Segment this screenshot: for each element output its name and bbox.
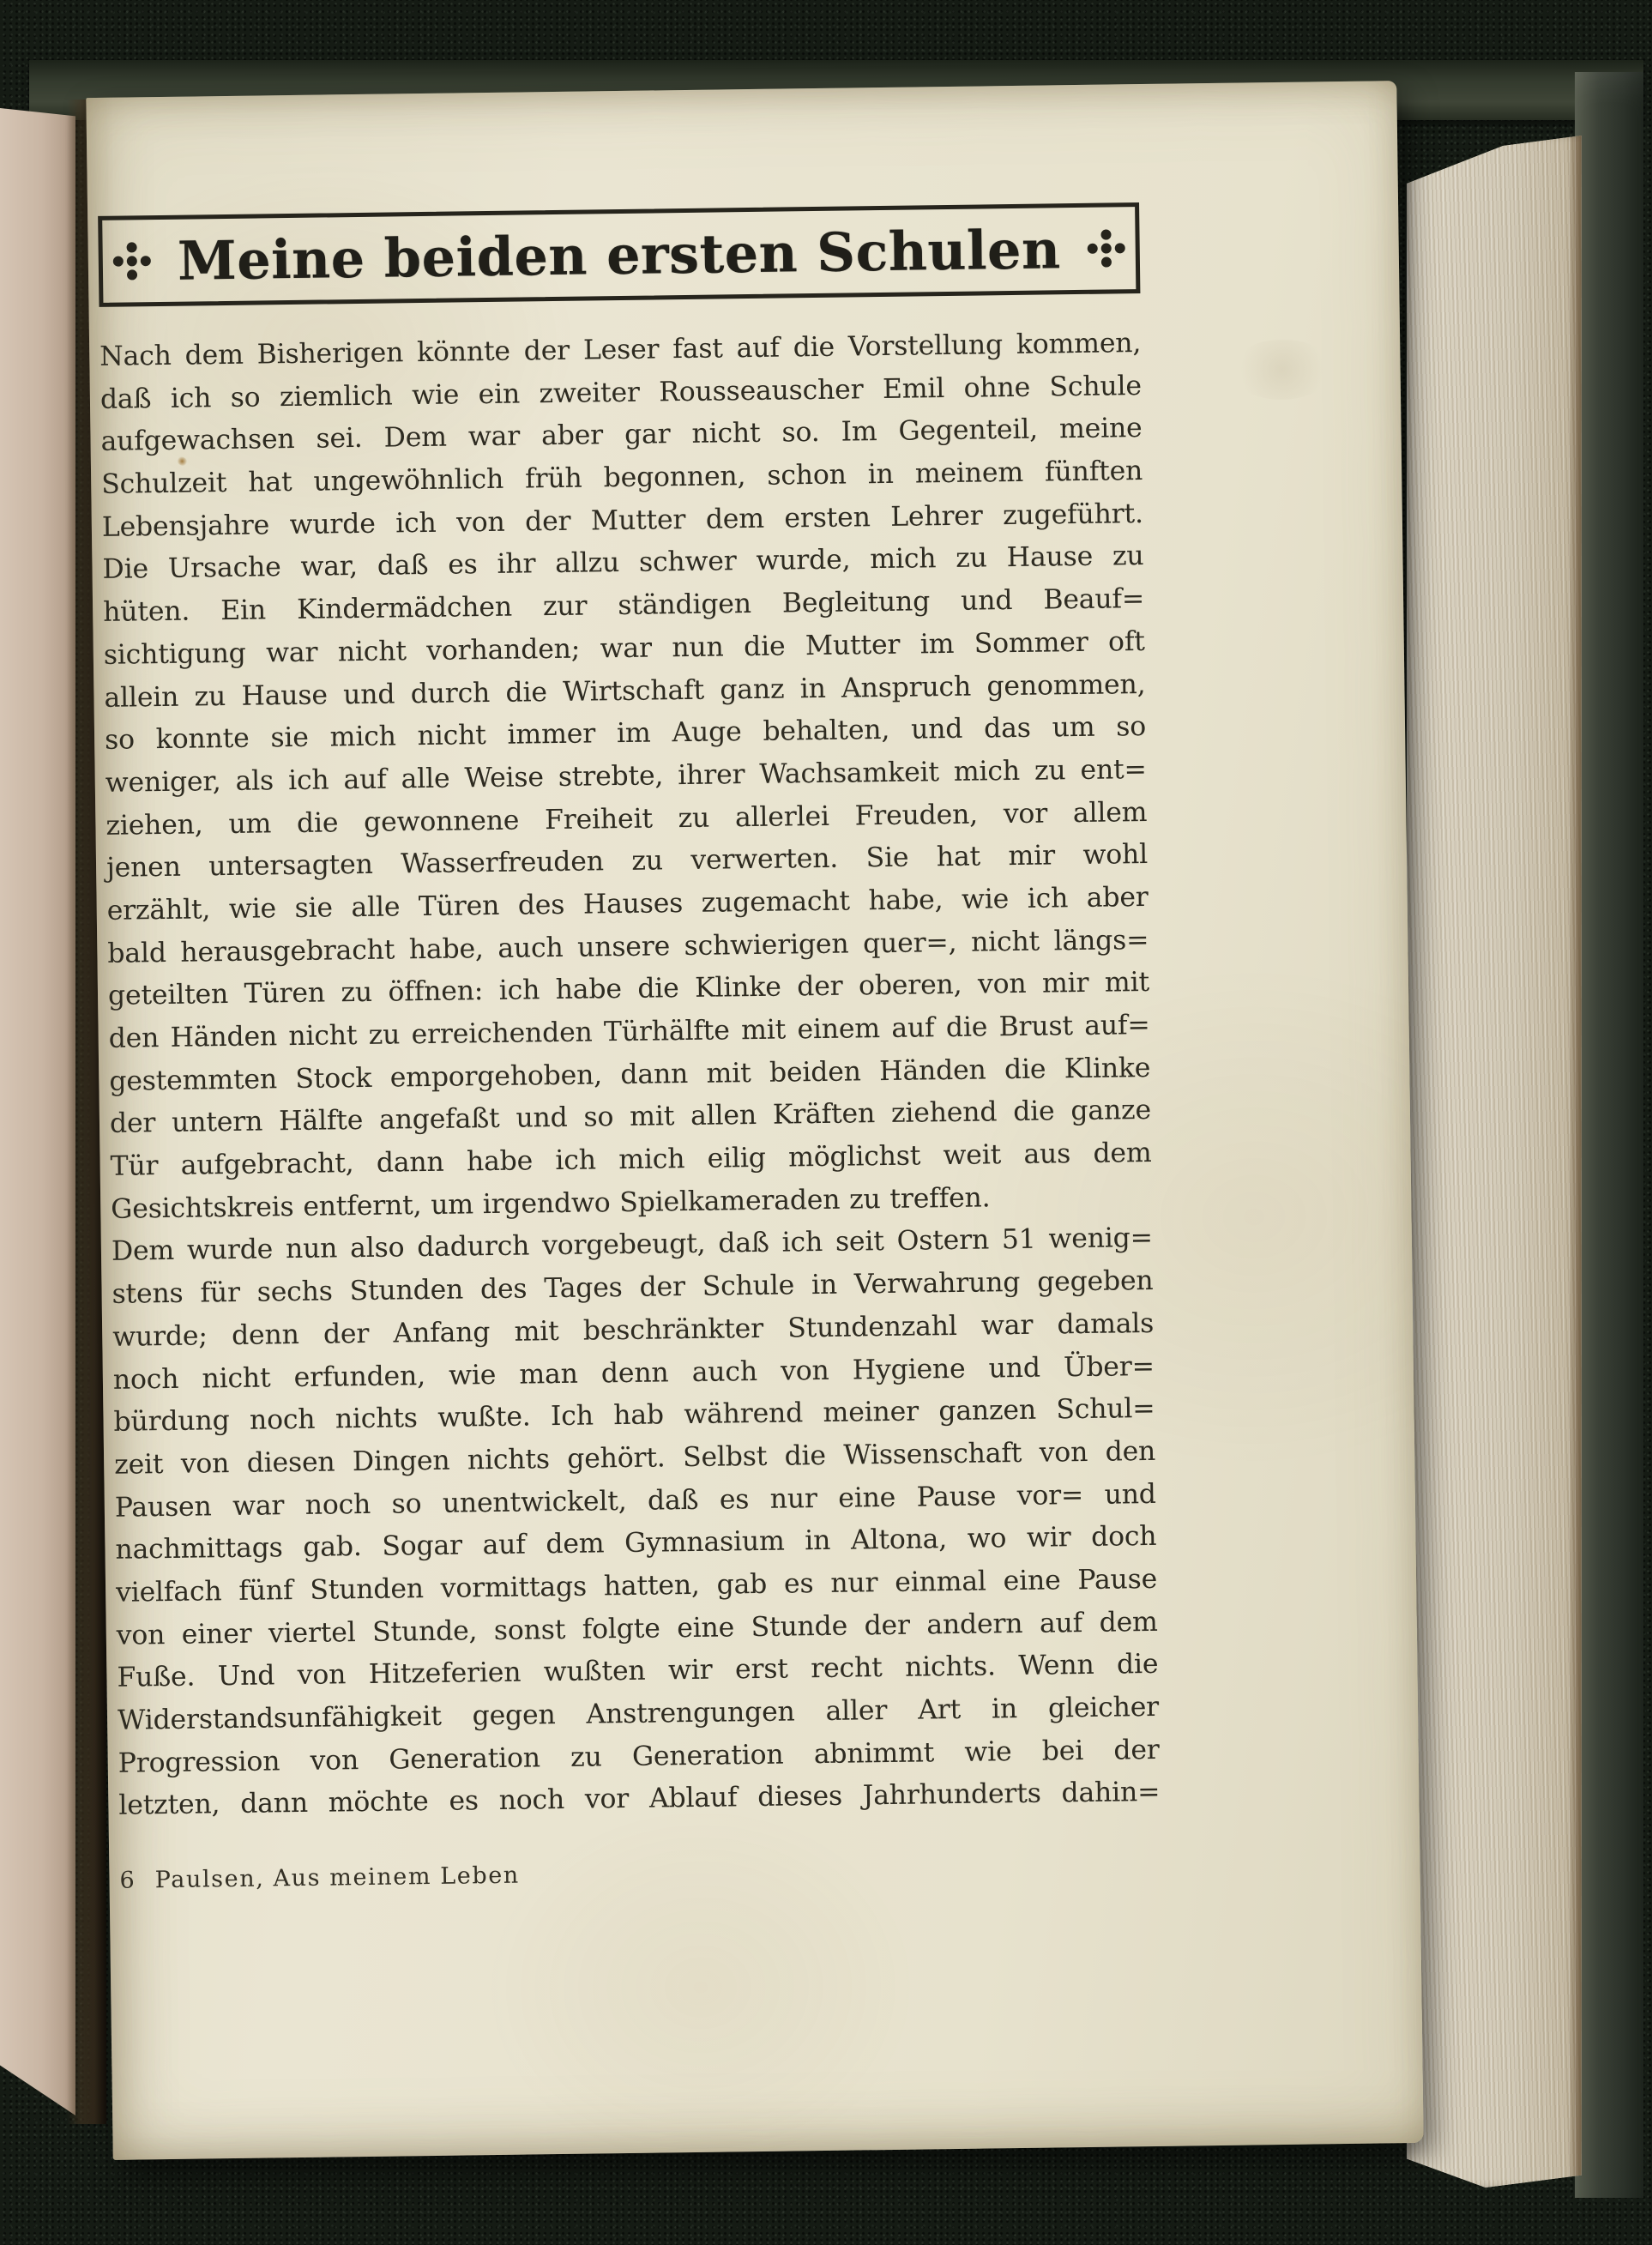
page-content: Meine beiden ersten Schulen Nach dem Bis…	[98, 202, 1161, 1894]
page-footer: 6 Paulsen, Aus meinem Leben	[119, 1854, 1161, 1894]
five-dot-cross-icon	[112, 241, 153, 281]
five-dot-cross-icon	[1086, 228, 1126, 269]
fore-edge-page-stack	[1407, 136, 1582, 2188]
book-cover-edge-right	[1575, 72, 1643, 2198]
signature-number: 6	[119, 1868, 135, 1894]
body-paragraph: Nach dem Bisherigen könnte der Leser fas…	[99, 323, 1153, 1231]
chapter-title: Meine beiden ersten Schulen	[178, 218, 1061, 292]
paper-stain	[1230, 339, 1334, 401]
book-page: Meine beiden ersten Schulen Nach dem Bis…	[86, 81, 1423, 2160]
body-paragraph: Dem wurde nun also dadurch vorgebeugt, d…	[112, 1217, 1161, 1827]
flyleaf-page-edge	[0, 108, 75, 2115]
chapter-title-box: Meine beiden ersten Schulen	[98, 202, 1140, 307]
book-photo: Meine beiden ersten Schulen Nach dem Bis…	[0, 0, 1652, 2245]
running-title: Paulsen, Aus meinem Leben	[155, 1862, 520, 1894]
